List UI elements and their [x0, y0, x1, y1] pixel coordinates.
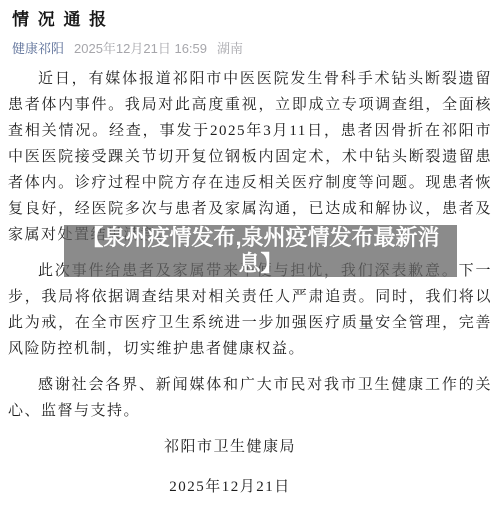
- watermark-overlay: 【泉州疫情发布,泉州疫情发布最新消 息】: [64, 225, 457, 277]
- article-body: 近日，有媒体报道祁阳市中医医院发生骨科手术钻头断裂遗留患者体内事件。我局对此高度…: [0, 58, 500, 500]
- paragraph-3: 感谢社会各界、新闻媒体和广大市民对我市卫生健康工作的关心、监督与支持。: [8, 372, 492, 424]
- publish-timestamp: 2025年12月21日 16:59: [74, 40, 207, 58]
- paragraph-1: 近日，有媒体报道祁阳市中医医院发生骨科手术钻头断裂遗留患者体内事件。我局对此高度…: [8, 66, 492, 248]
- publish-region: 湖南: [217, 40, 243, 58]
- signature-org: 祁阳市卫生健康局: [8, 434, 492, 460]
- article-page: 情 况 通 报 健康祁阳 2025年12月21日 16:59 湖南 近日，有媒体…: [0, 0, 500, 505]
- signature-date: 2025年12月21日: [8, 474, 492, 500]
- account-name-link[interactable]: 健康祁阳: [12, 40, 64, 58]
- byline: 健康祁阳 2025年12月21日 16:59 湖南: [12, 40, 488, 58]
- watermark-text-line1: 【泉州疫情发布,泉州疫情发布最新消: [81, 225, 439, 251]
- page-title: 情 况 通 报: [12, 8, 488, 32]
- watermark-text-line2: 息】: [238, 251, 282, 277]
- article-header: 情 况 通 报 健康祁阳 2025年12月21日 16:59 湖南: [0, 0, 500, 58]
